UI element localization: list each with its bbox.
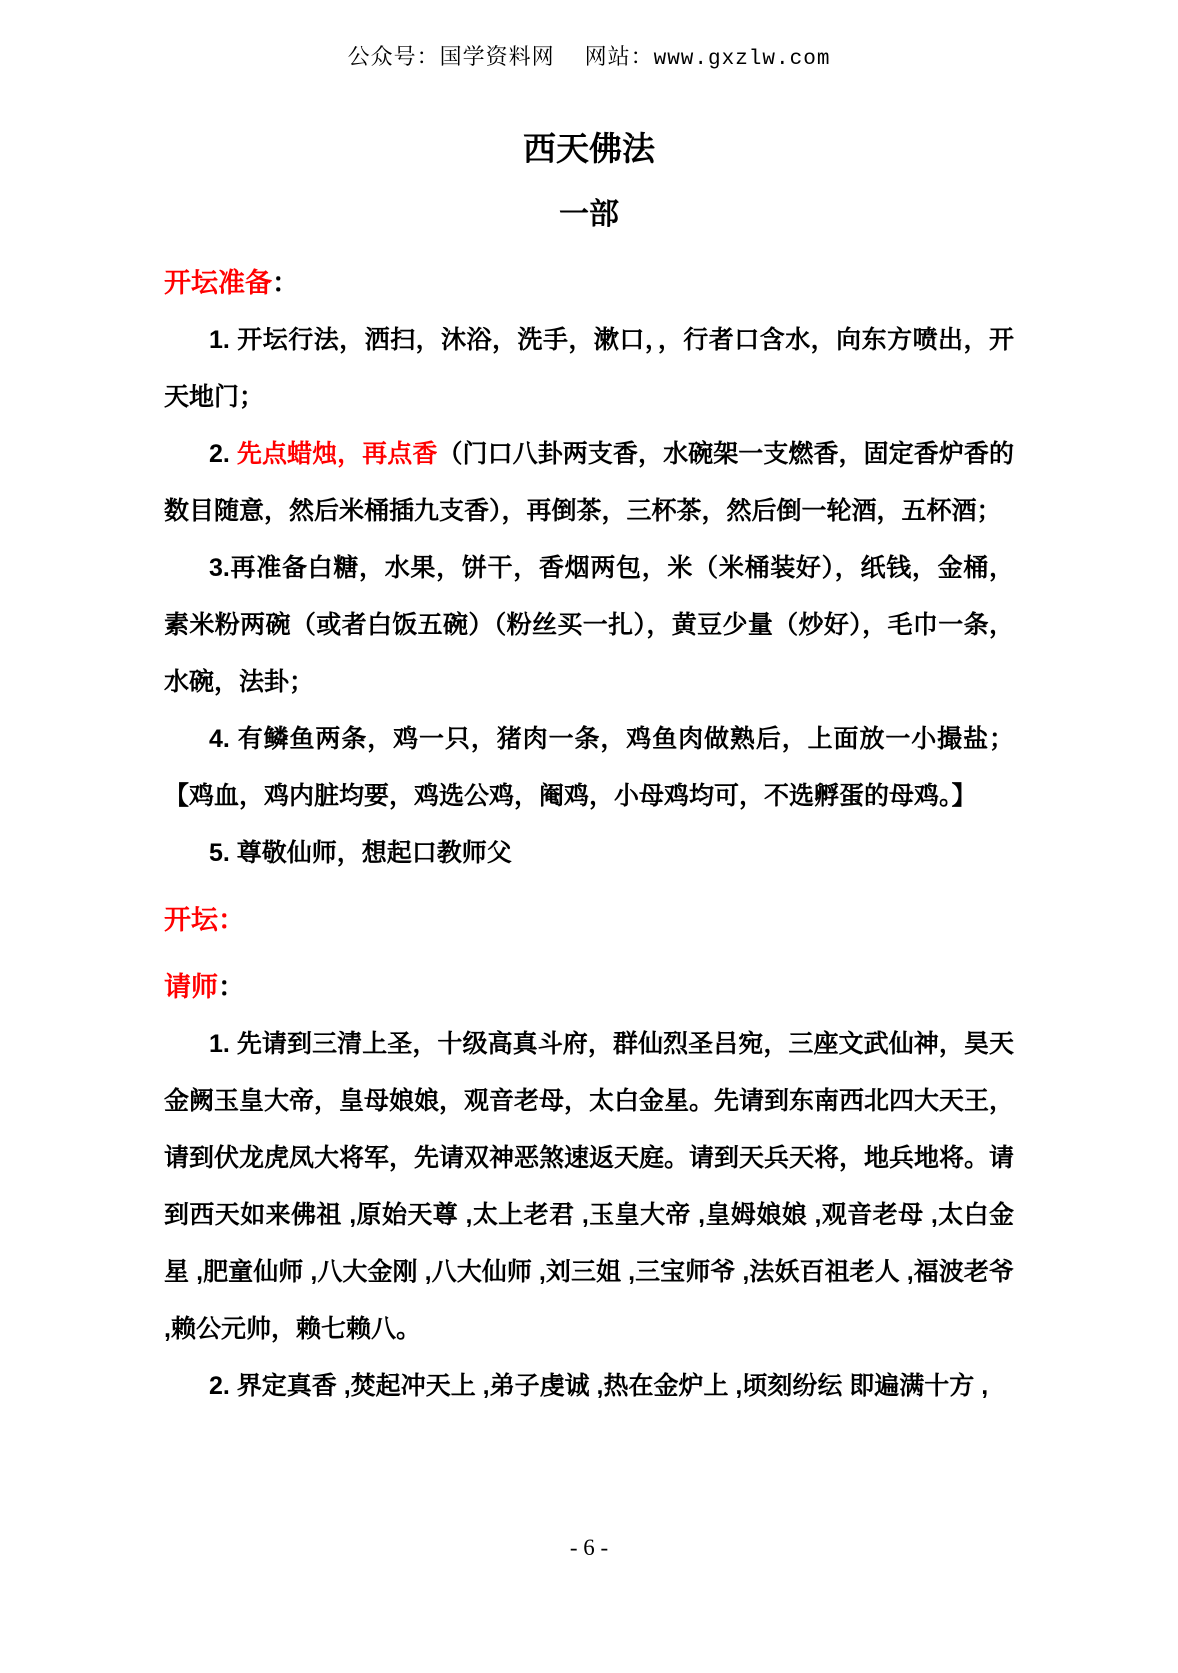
section-heading-kaitan: 开坛： xyxy=(164,892,1014,949)
section-heading-prep: 开坛准备： xyxy=(164,255,1014,312)
prep-item-5: 5. 尊敬仙师，想起口教师父 xyxy=(164,825,1014,882)
red-emphasis-text: 先点蜡烛，再点香 xyxy=(237,440,438,468)
page-title: 西天佛法 xyxy=(164,129,1014,169)
site-label: 网站： xyxy=(585,44,654,69)
document-page: 公众号：国学资料网网站：www.gxzlw.com 西天佛法 一部 开坛准备： … xyxy=(0,0,1178,1673)
prep-item-2: 2. 先点蜡烛，再点香（门口八卦两支香，水碗架一支燃香，固定香炉香的数目随意，然… xyxy=(164,426,1014,540)
site-url: www.gxzlw.com xyxy=(654,48,831,71)
section-heading-kaitan-text: 开坛 xyxy=(164,905,218,935)
qingshi-item-2: 2. 界定真香 ,焚起冲天上 ,弟子虔诚 ,热在金炉上 ,顷刻纷纭 即遍满十方 … xyxy=(164,1358,1014,1415)
wechat-account-text: 公众号：国学资料网 xyxy=(348,44,555,69)
section-heading-qingshi-text: 请师 xyxy=(164,972,218,1002)
section-heading-qingshi: 请师： xyxy=(164,959,1014,1016)
section-heading-qingshi-colon: ： xyxy=(218,972,245,1002)
doc-header: 公众号：国学资料网网站：www.gxzlw.com xyxy=(164,0,1014,71)
page-subtitle: 一部 xyxy=(164,197,1014,233)
prep-item-4: 4. 有鳞鱼两条，鸡一只，猪肉一条，鸡鱼肉做熟后，上面放一小撮盐；【鸡血，鸡内脏… xyxy=(164,711,1014,825)
qingshi-item-1: 1. 先请到三清上圣，十级高真斗府，群仙烈圣吕宛，三座文武仙神，昊天金阙玉皇大帝… xyxy=(164,1016,1014,1358)
prep-item-1: 1. 开坛行法，洒扫，沐浴，洗手，漱口，，行者口含水，向东方喷出，开天地门； xyxy=(164,312,1014,426)
item-number: 2. xyxy=(209,440,237,468)
page-number: - 6 - xyxy=(0,1535,1178,1561)
prep-item-3: 3.再准备白糖，水果，饼干，香烟两包，米（米桶装好），纸钱，金桶，素米粉两碗（或… xyxy=(164,540,1014,711)
section-heading-kaitan-colon: ： xyxy=(218,905,245,935)
section-heading-prep-colon: ： xyxy=(272,268,299,298)
section-heading-prep-text: 开坛准备 xyxy=(164,268,272,298)
